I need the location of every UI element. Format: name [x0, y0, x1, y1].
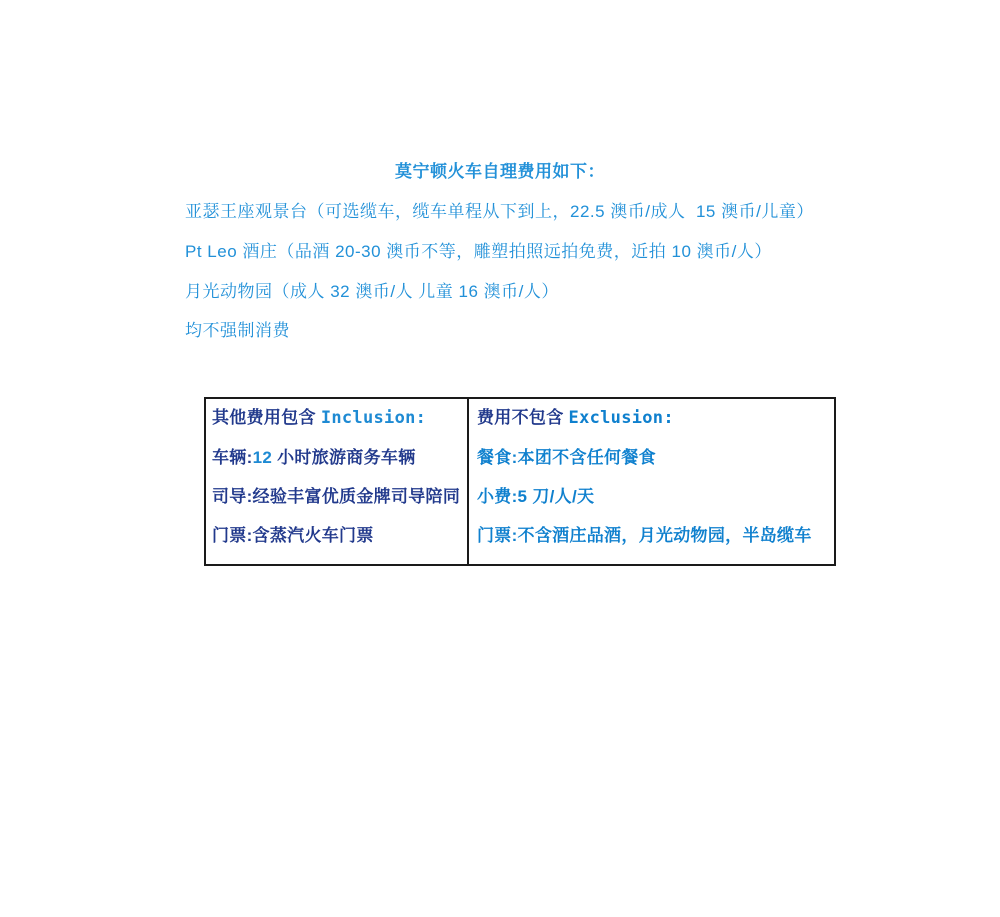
exclusion-header: 费用不包含 Exclusion: — [477, 408, 828, 428]
inclusion-row-vehicle-label: 车辆: — [212, 448, 253, 467]
exclusion-row-tickets: 门票:不含酒庄品酒，月光动物园，半岛缆车 — [477, 526, 828, 545]
inclusion-exclusion-table: 其他费用包含 Inclusion: 车辆:12 小时旅游商务车辆 司导:经验丰富… — [204, 397, 836, 566]
inclusion-row-vehicle-number: 12 — [253, 448, 273, 467]
inclusion-row-vehicle-text: 小时旅游商务车辆 — [272, 448, 415, 467]
inclusion-header-en: Inclusion: — [321, 408, 426, 428]
inclusion-column: 其他费用包含 Inclusion: 车辆:12 小时旅游商务车辆 司导:经验丰富… — [206, 399, 469, 564]
paragraph-moonlit-sanctuary: 月光动物园（成人 32 澳币/人 儿童 16 澳币/人） — [185, 282, 559, 301]
exclusion-row-tips: 小费:5 刀/人/天 — [477, 487, 828, 506]
exclusion-row-meals: 餐食:本团不含任何餐食 — [477, 448, 828, 467]
inclusion-row-driver-guide-text: 司导:经验丰富优质金牌司导陪同 — [212, 487, 460, 506]
page-title: 莫宁顿火车自理费用如下： — [0, 162, 1000, 181]
paragraph-no-forced-spending: 均不强制消费 — [185, 321, 290, 340]
inclusion-row-tickets: 门票:含蒸汽火车门票 — [212, 526, 461, 545]
inclusion-row-tickets-text: 门票:含蒸汽火车门票 — [212, 526, 374, 545]
inclusion-header-zh: 其他费用包含 — [212, 408, 321, 427]
inclusion-row-vehicle: 车辆:12 小时旅游商务车辆 — [212, 448, 461, 467]
inclusion-header: 其他费用包含 Inclusion: — [212, 408, 461, 428]
exclusion-header-zh: 费用不包含 — [477, 408, 569, 427]
document-page: 莫宁顿火车自理费用如下： 亚瑟王座观景台（可选缆车，缆车单程从下到上，22.5 … — [0, 0, 1000, 917]
exclusion-header-en: Exclusion: — [569, 408, 674, 428]
exclusion-column: 费用不包含 Exclusion: 餐食:本团不含任何餐食 小费:5 刀/人/天 … — [469, 399, 834, 564]
paragraph-pt-leo-winery: Pt Leo 酒庄（品酒 20-30 澳币不等，雕塑拍照远拍免费，近拍 10 澳… — [185, 242, 772, 261]
paragraph-arthurs-seat-lookout: 亚瑟王座观景台（可选缆车，缆车单程从下到上，22.5 澳币/成人 15 澳币/儿… — [185, 202, 814, 221]
inclusion-row-driver-guide: 司导:经验丰富优质金牌司导陪同 — [212, 487, 461, 506]
